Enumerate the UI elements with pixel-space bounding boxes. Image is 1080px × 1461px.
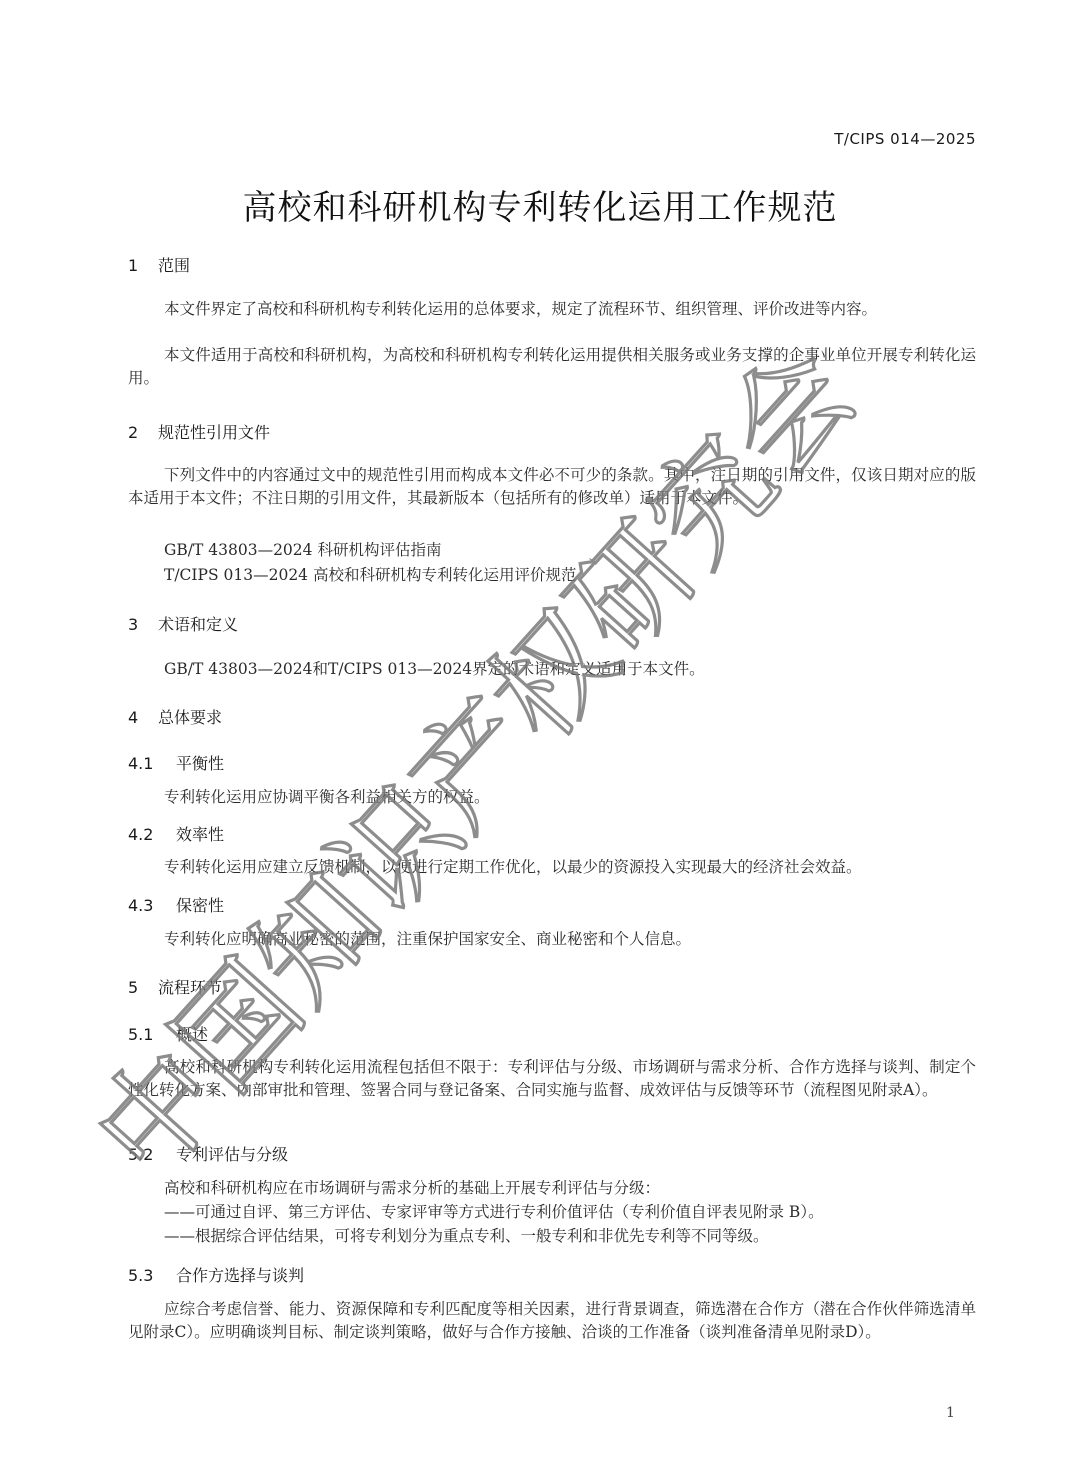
subsection-number: 5.3 <box>128 1266 176 1285</box>
subsection-heading-4-2: 4.2效率性 <box>128 822 224 845</box>
subsection-number: 5.1 <box>128 1025 176 1044</box>
subsection-title: 概述 <box>176 1025 208 1044</box>
reference-item: T/CIPS 013—2024 高校和科研机构专利转化运用评价规范 <box>164 564 976 587</box>
subsection-title: 平衡性 <box>176 754 224 773</box>
section-title: 规范性引用文件 <box>158 423 270 442</box>
section-heading-4: 4总体要求 <box>128 705 222 728</box>
paragraph-confidentiality: 专利转化应明确商业秘密的范围，注重保护国家安全、商业秘密和个人信息。 <box>164 928 976 951</box>
paragraph-terms: GB/T 43803—2024和T/CIPS 013—2024界定的术语和定义适… <box>164 658 976 681</box>
subsection-heading-4-3: 4.3保密性 <box>128 893 224 916</box>
section-title: 流程环节 <box>158 978 222 997</box>
subsection-number: 5.2 <box>128 1145 176 1164</box>
paragraph-assessment: 高校和科研机构应在市场调研与需求分析的基础上开展专利评估与分级： <box>164 1177 976 1200</box>
paragraph-partner-selection: 应综合考虑信誉、能力、资源保障和专利匹配度等相关因素，进行背景调查，筛选潜在合作… <box>128 1298 976 1344</box>
reference-item: GB/T 43803—2024 科研机构评估指南 <box>164 539 976 562</box>
subsection-title: 效率性 <box>176 825 224 844</box>
subsection-heading-5-1: 5.1概述 <box>128 1022 208 1045</box>
subsection-title: 专利评估与分级 <box>176 1145 288 1164</box>
subsection-heading-4-1: 4.1平衡性 <box>128 751 224 774</box>
subsection-number: 4.2 <box>128 825 176 844</box>
subsection-title: 合作方选择与谈判 <box>176 1266 304 1285</box>
section-title: 术语和定义 <box>158 615 238 634</box>
subsection-number: 4.3 <box>128 896 176 915</box>
page-number: 1 <box>946 1405 955 1421</box>
section-title: 总体要求 <box>158 708 222 727</box>
subsection-number: 4.1 <box>128 754 176 773</box>
document-page: T/CIPS 014—2025 高校和科研机构专利转化运用工作规范 1范围 本文… <box>0 0 1080 1461</box>
section-number: 1 <box>128 256 158 275</box>
document-title: 高校和科研机构专利转化运用工作规范 <box>0 180 1080 229</box>
section-number: 3 <box>128 615 158 634</box>
list-item: ——根据综合评估结果，可将专利划分为重点专利、一般专利和非优先专利等不同等级。 <box>164 1225 976 1248</box>
subsection-heading-5-3: 5.3合作方选择与谈判 <box>128 1263 304 1286</box>
document-code: T/CIPS 014—2025 <box>834 130 976 148</box>
section-heading-2: 2规范性引用文件 <box>128 420 270 443</box>
paragraph-overview: 高校和科研机构专利转化运用流程包括但不限于：专利评估与分级、市场调研与需求分析、… <box>128 1056 976 1102</box>
section-heading-5: 5流程环节 <box>128 975 222 998</box>
section-number: 2 <box>128 423 158 442</box>
subsection-title: 保密性 <box>176 896 224 915</box>
paragraph-normative-refs: 下列文件中的内容通过文中的规范性引用而构成本文件必不可少的条款。其中，注日期的引… <box>128 464 976 510</box>
paragraph-efficiency: 专利转化运用应建立反馈机制，以便进行定期工作优化，以最少的资源投入实现最大的经济… <box>164 856 994 879</box>
section-heading-1: 1范围 <box>128 253 190 276</box>
section-number: 4 <box>128 708 158 727</box>
list-item: ——可通过自评、第三方评估、专家评审等方式进行专利价值评估（专利价值自评表见附录… <box>164 1201 976 1224</box>
paragraph-scope-2: 本文件适用于高校和科研机构，为高校和科研机构专利转化运用提供相关服务或业务支撑的… <box>128 344 976 390</box>
section-title: 范围 <box>158 256 190 275</box>
section-heading-3: 3术语和定义 <box>128 612 238 635</box>
subsection-heading-5-2: 5.2专利评估与分级 <box>128 1142 288 1165</box>
paragraph-balance: 专利转化运用应协调平衡各利益相关方的权益。 <box>164 786 976 809</box>
paragraph-scope-1: 本文件界定了高校和科研机构专利转化运用的总体要求，规定了流程环节、组织管理、评价… <box>128 298 976 321</box>
section-number: 5 <box>128 978 158 997</box>
